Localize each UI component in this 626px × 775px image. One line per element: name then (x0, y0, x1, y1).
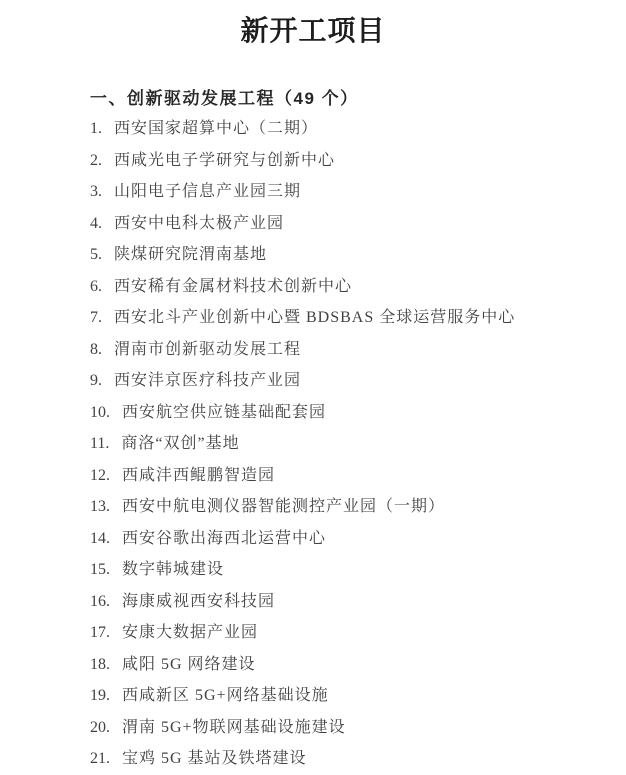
item-number: 16. (90, 593, 110, 610)
item-text: 陕煤研究院渭南基地 (114, 246, 267, 263)
list-item: 14. 西安谷歌出海西北运营中心 (90, 523, 626, 555)
document-page: 新开工项目 一、创新驱动发展工程（49 个） 1. 西安国家超算中心（二期） 2… (0, 0, 626, 775)
project-list: 1. 西安国家超算中心（二期） 2. 西咸光电子学研究与创新中心 3. 山阳电子… (90, 113, 626, 775)
item-number: 10. (90, 404, 110, 421)
item-text: 西安中航电测仪器智能测控产业园（一期） (122, 498, 445, 515)
list-item: 20. 渭南 5G+物联网基础设施建设 (90, 712, 626, 744)
item-text: 咸阳 5G 网络建设 (122, 656, 256, 673)
list-item: 8. 渭南市创新驱动发展工程 (90, 334, 626, 366)
item-text: 西安沣京医疗科技产业园 (114, 372, 301, 389)
item-number: 9. (90, 372, 102, 389)
list-item: 5. 陕煤研究院渭南基地 (90, 239, 626, 271)
list-item: 1. 西安国家超算中心（二期） (90, 113, 626, 145)
list-item: 2. 西咸光电子学研究与创新中心 (90, 145, 626, 177)
list-item: 17. 安康大数据产业园 (90, 617, 626, 649)
list-item: 7. 西安北斗产业创新中心暨 BDSBAS 全球运营服务中心 (90, 302, 626, 334)
item-text: 山阳电子信息产业园三期 (114, 183, 301, 200)
item-number: 21. (90, 750, 110, 767)
list-item: 12. 西咸沣西鲲鹏智造园 (90, 460, 626, 492)
item-number: 17. (90, 624, 110, 641)
list-item: 11. 商洛“双创”基地 (90, 428, 626, 460)
item-number: 13. (90, 498, 110, 515)
list-item: 13. 西安中航电测仪器智能测控产业园（一期） (90, 491, 626, 523)
item-text: 数字韩城建设 (122, 561, 224, 578)
item-number: 4. (90, 215, 102, 232)
item-number: 14. (90, 530, 110, 547)
item-text: 西咸新区 5G+网络基础设施 (122, 687, 329, 704)
item-number: 12. (90, 467, 110, 484)
section-heading: 一、创新驱动发展工程（49 个） (90, 89, 626, 109)
item-text: 西安国家超算中心（二期） (114, 120, 318, 137)
item-number: 2. (90, 152, 102, 169)
item-text: 海康威视西安科技园 (122, 593, 275, 610)
item-text: 渭南 5G+物联网基础设施建设 (122, 719, 346, 736)
list-item: 6. 西安稀有金属材料技术创新中心 (90, 271, 626, 303)
item-number: 3. (90, 183, 102, 200)
list-item: 3. 山阳电子信息产业园三期 (90, 176, 626, 208)
list-item: 21. 宝鸡 5G 基站及铁塔建设 (90, 743, 626, 775)
item-text: 西安北斗产业创新中心暨 BDSBAS 全球运营服务中心 (114, 309, 515, 326)
list-item: 18. 咸阳 5G 网络建设 (90, 649, 626, 681)
item-number: 1. (90, 120, 102, 137)
item-number: 6. (90, 278, 102, 295)
item-text: 安康大数据产业园 (122, 624, 258, 641)
item-text: 西咸沣西鲲鹏智造园 (122, 467, 275, 484)
item-number: 20. (90, 719, 110, 736)
item-number: 19. (90, 687, 110, 704)
page-title: 新开工项目 (0, 0, 626, 49)
item-number: 11. (90, 435, 109, 452)
item-text: 渭南市创新驱动发展工程 (114, 341, 301, 358)
item-number: 8. (90, 341, 102, 358)
item-text: 商洛“双创”基地 (121, 435, 239, 452)
list-item: 10. 西安航空供应链基础配套园 (90, 397, 626, 429)
item-number: 5. (90, 246, 102, 263)
list-item: 16. 海康威视西安科技园 (90, 586, 626, 618)
list-item: 4. 西安中电科太极产业园 (90, 208, 626, 240)
item-text: 西安航空供应链基础配套园 (122, 404, 326, 421)
item-text: 西咸光电子学研究与创新中心 (114, 152, 335, 169)
list-item: 19. 西咸新区 5G+网络基础设施 (90, 680, 626, 712)
item-text: 西安稀有金属材料技术创新中心 (114, 278, 352, 295)
list-item: 15. 数字韩城建设 (90, 554, 626, 586)
item-text: 西安谷歌出海西北运营中心 (122, 530, 326, 547)
item-text: 西安中电科太极产业园 (114, 215, 284, 232)
item-number: 7. (90, 309, 102, 326)
item-number: 15. (90, 561, 110, 578)
item-text: 宝鸡 5G 基站及铁塔建设 (122, 750, 307, 767)
item-number: 18. (90, 656, 110, 673)
list-item: 9. 西安沣京医疗科技产业园 (90, 365, 626, 397)
